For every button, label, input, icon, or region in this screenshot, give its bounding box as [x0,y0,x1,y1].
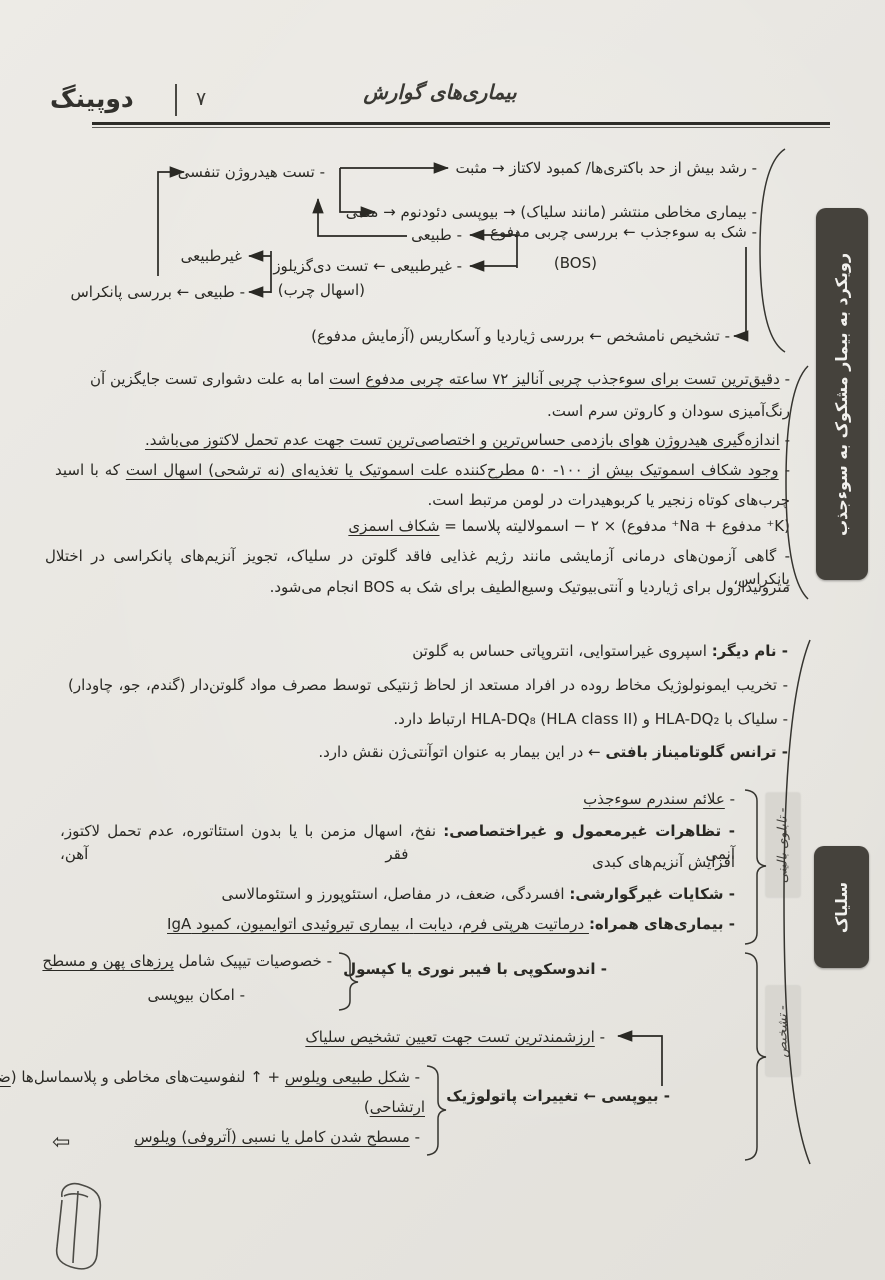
dash: - [410,1068,420,1086]
paren-flowchart [760,149,785,352]
header-rule-thick [92,122,830,125]
margin-tab-approach-to-malabsorption: رویکرد به بیمار مشکوک به سوءجذب [816,208,868,580]
lead-rest: افسردگی، ضعف، در مفاصل، استئوپورز و استئ… [221,885,569,903]
item-underlined: ضایعه [0,1068,11,1086]
page-number: ۷ [196,88,206,110]
diagnosis-most-valuable-test: - ارزشمندترین تست جهت تعیین تشخیص سلیاک [305,1026,605,1049]
celiac-transglutaminase: - ترانس گلوتامیناز بافتی ← در این بیمار … [318,741,788,764]
flow-node-unknown-diagnosis-giardia: - تشخیص نامشخص ← بررسی ژیاردیا و آسکاریس… [311,324,730,348]
dash: - [596,960,607,978]
endoscopy-biopsy-possible: - امکان بیوپسی [147,984,245,1007]
brace-clinical-picture [745,790,766,944]
note-underlined: دقیق‌ترین تست برای سوءجذب چربی آنالیز ۷۲… [329,370,780,388]
lead-bold: - شکایات غیرگوارشی: [569,885,735,903]
flow-node-dxylose-abnormal: غیرطبیعی [181,244,242,268]
formula-underlined: شکاف اسمزی [348,517,439,535]
side-label-text: - تابلوی بالینی [775,807,790,883]
flow-node-bos-abbrev: (BOS) [554,251,597,275]
item-underlined: پرزهای پهن و مسطح [42,952,173,970]
note-osmotic-gap: - وجود شکاف اسموتیک بیش از ۱۰۰-‏ ۵۰ مطرح… [55,459,790,482]
pen-doodle-top-stroke [64,1194,88,1197]
header-divider [175,84,177,116]
biopsy-infiltrative-lesion-line1: - شکل طبیعی ویلوس + ↑ لنفوسیت‌های مخاطی … [0,1066,420,1089]
item-plain: خصوصیات تیپیک شامل [174,952,322,970]
diagnosis-biopsy-pathology: - بیوپسی ← تغییرات پاتولوژیک [446,1085,670,1108]
endoscopy-text: اندوسکوپی با فیبر نوری یا کپسول [343,960,595,978]
note-underlined: اندازه‌گیری هیدروژن هوای بازدمی حساس‌تری… [145,431,780,449]
item-plain: امکان بیوپسی [147,986,234,1004]
arrow-suspect-to-unknown [734,247,746,336]
margin-tab-label: رویکرد به بیمار مشکوک به سوءجذب [833,252,852,535]
lead-bold: - تظاهرات غیرمعمول و غیراختصاصی: [443,822,735,840]
brace-biopsy-items [427,1066,446,1155]
header-rule-thin [92,127,830,128]
publisher-logo: دوپینگ [50,84,134,113]
celiac-hla-association: - سلیاک با HLA-DQ₂ و HLA-DQ₈ (HLA class … [393,708,788,731]
item-underlined: درماتیت هرپتی فرم، دیابت I، بیماری تیروئ… [167,915,589,933]
lead-rest: ← در این بیمار به عنوان اتوآنتی‌ژن نقش د… [318,743,605,761]
page-title: بیماری‌های گوارش [340,80,540,104]
biopsy-infiltrative-lesion-line2: ارتشاحی) [364,1096,425,1119]
biopsy-text: بیوپسی ← تغییرات پاتولوژیک [446,1087,658,1105]
side-label-clinical-picture: - تابلوی بالینی [766,793,800,897]
diagnosis-endoscopy: - اندوسکوپی با فیبر نوری یا کپسول [343,958,607,981]
note-hydrogen-breath: - اندازه‌گیری هیدروژن هوای بازدمی حساس‌ت… [145,429,790,452]
clinical-liver-enzymes: افزایش آنزیم‌های کبدی [592,851,735,874]
note-osmotic-gap-formula: (K⁺ مدفوع + Na⁺ مدفوع) × ۲ − اسمولالیته … [348,515,790,538]
scanned-book-page: دوپینگ ۷ بیماری‌های گوارش رویکرد به بیما… [0,0,885,1280]
dash: - [780,431,790,449]
side-label-diagnosis: - تشخیص [766,986,800,1076]
clinical-extraintestinal-complaints: - شکایات غیرگوارشی: افسردگی، ضعف، در مفا… [221,883,735,906]
lead-bold: - بیماری‌های همراه: [589,915,735,933]
arrow-biopsy-to-valuable-test [618,1036,662,1086]
note-plain: اما به علت دشواری تست جایگزین آن [90,370,329,388]
clinical-associated-diseases: - بیماری‌های همراه: درماتیت هرپتی فرم، د… [167,913,735,936]
flow-node-stool-fat-abnormal-dxylose: - غیرطبیعی ← تست دی‌گزیلوز [273,254,462,278]
brace-diagnosis [745,953,766,1160]
note-short-chain: چرب‌های کوتاه زنجیر یا کربوهیدرات در لوم… [427,489,790,512]
flow-node-stool-fat-normal: - طبیعی [411,223,462,247]
celiac-immunologic-destruction: - تخریب ایمونولوژیک مخاط روده در افراد م… [68,674,788,697]
pen-doodle-inner-line [73,1191,78,1263]
lead-bold: - ترانس گلوتامیناز بافتی [605,743,788,761]
note-underlined: وجود شکاف اسموتیک بیش از ۱۰۰-‏ ۵۰ مطرح‌ک… [126,461,779,479]
lead-bold: - نام دیگر: [712,642,788,660]
dash: - [779,461,790,479]
note-metronidazole: مترونیدازول برای ژیاردیا و آنتی‌بیوتیک و… [270,576,790,599]
item-plain: + ↑ لنفوسیت‌های مخاطی و پلاسماسل‌ها ( [11,1068,285,1086]
item-underlined: علائم سندرم سوءجذب [583,790,725,808]
celiac-other-names: - نام دیگر: اسپروی غیراستوایی، انتروپاتی… [412,640,788,663]
flow-node-hydrogen-breath-test: - تست هیدروژن تنفسی [178,160,325,184]
note-most-accurate-test: - دقیق‌ترین تست برای سوءجذب چربی آنالیز … [90,368,790,391]
flow-node-dxylose-normal-pancreas: - طبیعی ← بررسی پانکراس [70,280,245,304]
note-sudan-carotene: رنگ‌آمیزی سودان و کاروتن سرم است. [547,400,790,423]
dash: - [595,1028,605,1046]
item-underlined: مسطح شدن کامل یا نسبی (آتروفی) ویلوس [134,1128,410,1146]
endoscopy-typical-features: - خصوصیات تیپیک شامل پرزهای پهن و مسطح [42,950,332,973]
dash: - [410,1128,420,1146]
dash: - [235,986,245,1004]
dash: - [322,952,332,970]
clinical-malabsorption-symptoms: - علائم سندرم سوءجذب [583,788,735,811]
item-underlined: شکل طبیعی ویلوس [285,1068,410,1086]
flow-node-suspect-malabsorption: - شک به سوءجذب ← بررسی چربی مدفوع [490,220,757,244]
flow-node-bacterial-overgrowth: - رشد بیش از حد باکتری‌ها/ کمبود لاکتاز … [455,156,757,180]
biopsy-villous-atrophy: - مسطح شدن کامل یا نسبی (آتروفی) ویلوس [134,1126,420,1149]
margin-tab-label: سلیاک [832,881,851,932]
flow-node-fatty-diarrhea: (اسهال چرب) [278,278,365,302]
margin-tab-celiac: سلیاک [814,846,869,968]
note-plain: که با اسید [55,461,126,479]
dash: - [659,1087,670,1105]
item-underlined: ارتشاحی [370,1098,425,1116]
side-label-text: - تشخیص [776,1005,791,1057]
item-underlined: ارزشمندترین تست جهت تعیین تشخیص سلیاک [305,1028,594,1046]
pen-doodle [57,1184,101,1269]
formula-main: (K⁺ مدفوع + Na⁺ مدفوع) × ۲ − اسمولالیته … [440,517,790,535]
dash: - [780,370,790,388]
dash: - [725,790,735,808]
lead-rest: اسپروی غیراستوایی، انتروپاتی حساس به گلو… [412,642,712,660]
handwritten-back-arrow-icon: ⇦ [52,1130,70,1155]
